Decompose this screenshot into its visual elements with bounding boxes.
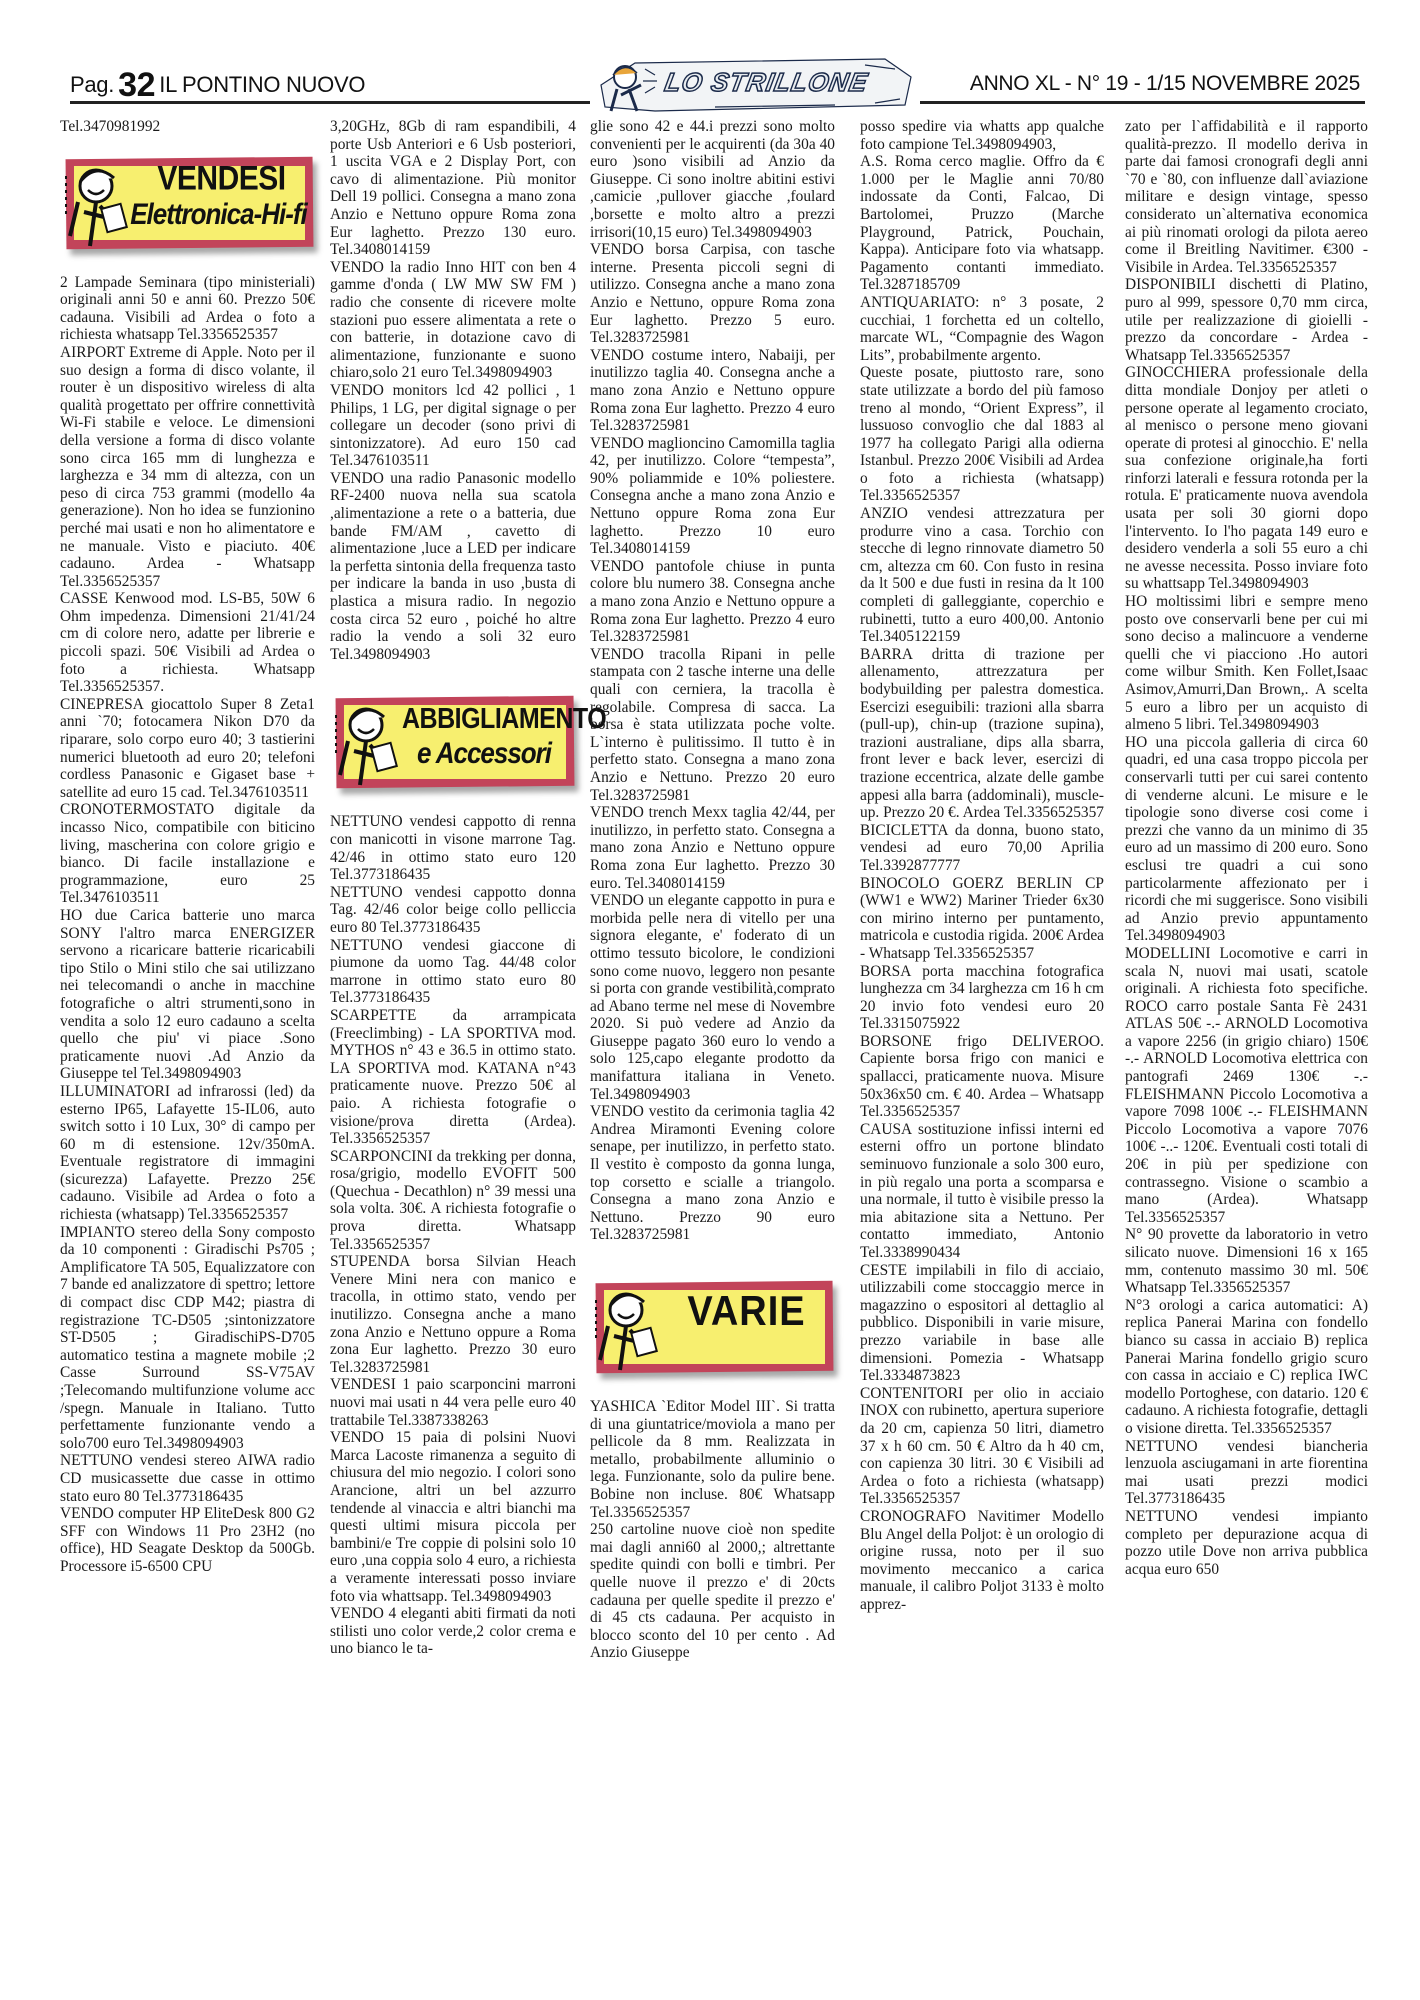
ad-item: CAUSA sostituzione infissi interni ed es…: [860, 1121, 1104, 1262]
ad-item: CASSE Kenwood mod. LS-B5, 50W 6 Ohm impe…: [60, 590, 315, 696]
ad-item: Queste posate, piuttosto rare, sono stat…: [860, 364, 1104, 505]
banner-subtitle: e Accessori: [400, 744, 568, 764]
ad-item: CESTE impilabili in filo di acciaio, uti…: [860, 1262, 1104, 1385]
ad-item: VENDO la radio Inno HIT con ben 4 gamme …: [330, 259, 576, 382]
ad-item: NETTUNO vendesi biancheria lenzuola asci…: [1125, 1438, 1368, 1508]
ad-item: ANTIQUARIATO: n° 3 posate, 2 cucchiai, 1…: [860, 294, 1104, 364]
ad-item: BICICLETTA da donna, buono stato, vendes…: [860, 822, 1104, 875]
newsboy-mascot-icon: [590, 1280, 660, 1376]
column-2: 3,20GHz, 8Gb di ram espandibili, 4 porte…: [330, 118, 576, 1658]
ad-item: N°3 orologi a carica automatici: A) repl…: [1125, 1297, 1368, 1438]
ad-item: SCARPONCINI da trekking per donna, rosa/…: [330, 1148, 576, 1254]
ad-item: CONTENITORI per olio in acciaio INOX con…: [860, 1385, 1104, 1508]
ad-item: AIRPORT Extreme di Apple. Noto per il su…: [60, 344, 315, 590]
ad-item: VENDO costume intero, Nabaiji, per inuti…: [590, 347, 835, 435]
ad-item: YASHICA `Editor Model III`. Si tratta di…: [590, 1398, 835, 1521]
column-1: Tel.3470981992 VENDESI Elettronica-Hi-fi…: [60, 118, 315, 1576]
ad-item: BORSA porta macchina fotografica lunghez…: [860, 963, 1104, 1033]
ad-item: 3,20GHz, 8Gb di ram espandibili, 4 porte…: [330, 118, 576, 259]
ad-item: DISPONIBILI dischetti di Platino, puro a…: [1125, 276, 1368, 364]
ad-item: VENDO 15 paia di polsini Nuovi Marca Lac…: [330, 1429, 576, 1605]
ad-item: ANZIO vendesi attrezzatura per produrre …: [860, 505, 1104, 646]
issue-info: ANNO XL - N° 19 - 1/15 NOVEMBRE 2025: [970, 72, 1360, 96]
logo-text: LO STRILLONE: [662, 67, 870, 98]
ad-item: posso spedire via whatts app qualche fot…: [860, 118, 1104, 153]
ad-item: NETTUNO vendesi cappotto donna Tag. 42/4…: [330, 884, 576, 937]
header-rule-left: [70, 101, 590, 104]
ad-item: zato per l`affidabilità e il rapporto qu…: [1125, 118, 1368, 276]
ad-item: NETTUNO vendesi giaccone di piumone da u…: [330, 937, 576, 1007]
header-rule-right: [920, 101, 1365, 104]
ad-item: STUPENDA borsa Silvian Heach Venere Mini…: [330, 1253, 576, 1376]
banner-title: ABBIGLIAMENTO: [402, 710, 564, 730]
ad-item: NETTUNO vendesi cappotto di renna con ma…: [330, 813, 576, 883]
ad-item: VENDO borsa Carpisa, con tasche interne.…: [590, 241, 835, 347]
banner-subtitle: Elettronica-Hi-fi: [130, 204, 307, 224]
ad-item: VENDESI 1 paio scarponcini marroni nuovi…: [330, 1376, 576, 1429]
column-5: zato per l`affidabilità e il rapporto qu…: [1125, 118, 1368, 1578]
ad-item: VENDO monitors lcd 42 pollici , 1 Philip…: [330, 382, 576, 470]
ad-item: ILLUMINATORI ad infrarossi (led) da este…: [60, 1083, 315, 1224]
ad-item: BARRA dritta di trazione per allenamento…: [860, 646, 1104, 822]
page-prefix: Pag.: [70, 72, 114, 97]
ad-item: NETTUNO vendesi impianto completo per de…: [1125, 1508, 1368, 1578]
column-4: posso spedire via whatts app qualche fot…: [860, 118, 1104, 1613]
ad-item: NETTUNO vendesi stereo AIWA radio CD mus…: [60, 1452, 315, 1505]
ad-item: HO moltissimi libri e sempre meno posto …: [1125, 593, 1368, 734]
ad-item: VENDO una radio Panasonic modello RF-240…: [330, 470, 576, 664]
ad-item: HO due Carica batterie uno marca SONY l'…: [60, 907, 315, 1083]
column-3: glie sono 42 e 44.i prezzi sono molto co…: [590, 118, 835, 1662]
page-header-left: Pag.32IL PONTINO NUOVO: [70, 66, 365, 105]
ad-item: BORSONE frigo DELIVEROO. Capiente borsa …: [860, 1033, 1104, 1121]
banner-title: VENDESI: [140, 168, 303, 188]
lo-strillone-logo: LO STRILLONE: [595, 55, 915, 117]
publication-name: IL PONTINO NUOVO: [159, 72, 365, 97]
ad-item: A.S. Roma cerco maglie. Offro da € 1.000…: [860, 153, 1104, 294]
ad-item: GINOCCHIERA professionale della ditta mo…: [1125, 364, 1368, 593]
ad-item: VENDO trench Mexx taglia 42/44, per inut…: [590, 804, 835, 892]
page-number: 32: [118, 66, 155, 104]
ad-item: BINOCOLO GOERZ BERLIN CP (WW1 e WW2) Mar…: [860, 875, 1104, 963]
ad-item: VENDO computer HP EliteDesk 800 G2 SFF c…: [60, 1505, 315, 1575]
section-banner-varie: VARIE: [590, 1274, 835, 1382]
ad-item: CINEPRESA giocattolo Super 8 Zeta1 anni …: [60, 696, 315, 802]
ad-item: CRONOGRAFO Navitimer Modello Blu Angel d…: [860, 1508, 1104, 1614]
ad-item: CRONOTERMOSTATO digitale da incasso Nico…: [60, 801, 315, 907]
ad-item: VENDO maglioncino Camomilla taglia 42, p…: [590, 435, 835, 558]
ad-item: Tel.3470981992: [60, 118, 315, 136]
masthead: Pag.32IL PONTINO NUOVO LO STRILLONE ANNO…: [0, 0, 1420, 115]
ad-item: VENDO tracolla Ripani in pelle stampata …: [590, 646, 835, 804]
ad-item: MODELLINI Locomotive e carri in scala N,…: [1125, 945, 1368, 1227]
section-banner-abbigliamento: ABBIGLIAMENTO e Accessori: [330, 689, 576, 797]
ad-item: VENDO pantofole chiuse in punta colore b…: [590, 558, 835, 646]
newsboy-mascot-icon: [60, 156, 130, 252]
ad-item: HO una piccola galleria di circa 60 quad…: [1125, 734, 1368, 945]
section-banner-vendesi-elettronica: VENDESI Elettronica-Hi-fi: [60, 150, 315, 258]
ad-item: VENDO 4 eleganti abiti firmati da noti s…: [330, 1605, 576, 1658]
ad-item: SCARPETTE da arrampicata (Freeclimbing) …: [330, 1007, 576, 1148]
newsboy-mascot-icon: [330, 695, 400, 791]
ad-item: glie sono 42 e 44.i prezzi sono molto co…: [590, 118, 835, 241]
banner-title: VARIE: [670, 1303, 823, 1322]
ad-item: 250 cartoline nuove cioè non spedite mai…: [590, 1521, 835, 1662]
ad-item: 2 Lampade Seminara (tipo ministeriali) o…: [60, 274, 315, 344]
ad-item: IMPIANTO stereo della Sony composto da 1…: [60, 1224, 315, 1453]
ad-item: N° 90 provette da laboratorio in vetro s…: [1125, 1226, 1368, 1296]
ad-item: VENDO vestito da cerimonia taglia 42 And…: [590, 1103, 835, 1244]
ad-item: VENDO un elegante cappotto in pura e mor…: [590, 892, 835, 1103]
